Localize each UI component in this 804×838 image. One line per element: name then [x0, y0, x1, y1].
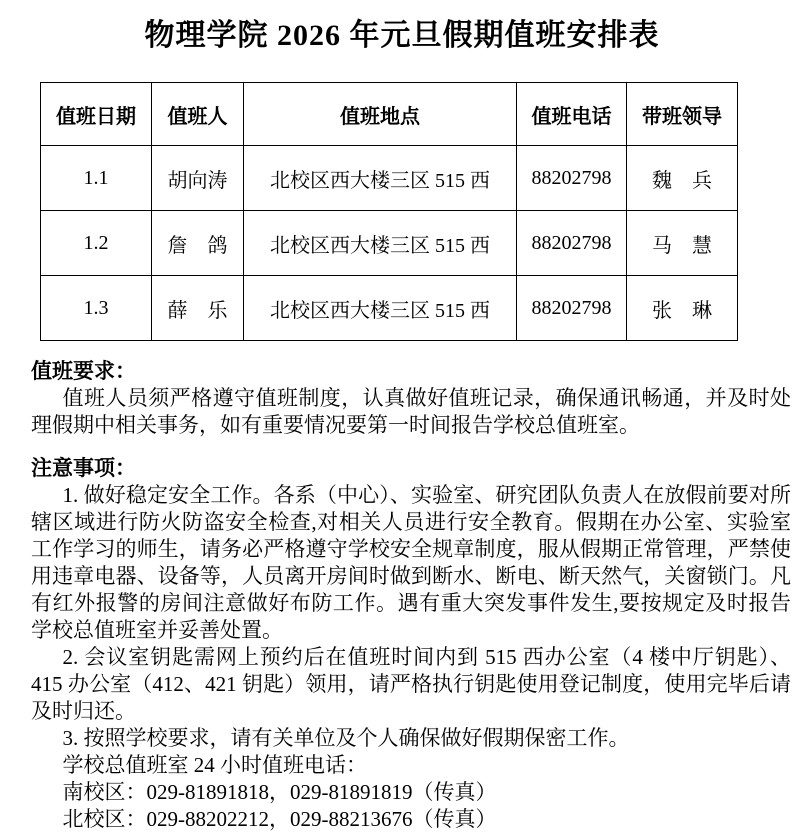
duty-schedule-table: 值班日期 值班人 值班地点 值班电话 带班领导 1.1 胡向涛 北校区西大楼三区… [40, 82, 738, 341]
header-duty-leader: 带班领导 [627, 83, 738, 146]
cell-duty-leader: 张 琳 [627, 276, 738, 341]
note-item-1: 1. 做好稳定安全工作。各系（中心）、实验室、研究团队负责人在放假前要对所辖区域… [31, 482, 791, 644]
table-row: 1.2 詹 鸽 北校区西大楼三区 515 西 88202798 马 慧 [41, 211, 738, 276]
cell-duty-phone: 88202798 [517, 146, 627, 211]
cell-duty-leader: 马 慧 [627, 211, 738, 276]
requirements-paragraph: 值班人员须严格遵守值班制度，认真做好值班记录，确保通讯畅通，并及时处理假期中相关… [31, 385, 791, 439]
cell-duty-date: 1.2 [41, 211, 152, 276]
header-duty-person: 值班人 [152, 83, 244, 146]
document-page: 物理学院 2026 年元旦假期值班安排表 值班日期 值班人 值班地点 值班电话 … [0, 0, 804, 838]
cell-duty-date: 1.3 [41, 276, 152, 341]
hotline-north-campus: 北校区：029-88202212，029-88213676（传真） [31, 806, 791, 833]
document-title: 物理学院 2026 年元旦假期值班安排表 [0, 0, 804, 56]
cell-duty-leader: 魏 兵 [627, 146, 738, 211]
requirements-section: 值班要求： 值班人员须严格遵守值班制度，认真做好值班记录，确保通讯畅通，并及时处… [31, 358, 791, 439]
hotline-south-campus: 南校区：029-81891818，029-81891819（传真） [31, 779, 791, 806]
notes-section: 注意事项： 1. 做好稳定安全工作。各系（中心）、实验室、研究团队负责人在放假前… [31, 455, 791, 833]
requirements-heading: 值班要求： [31, 358, 791, 385]
header-duty-phone: 值班电话 [517, 83, 627, 146]
header-duty-date: 值班日期 [41, 83, 152, 146]
cell-duty-person: 薛 乐 [152, 276, 244, 341]
note-item-3: 3. 按照学校要求，请有关单位及个人确保做好假期保密工作。 [31, 725, 791, 752]
cell-duty-phone: 88202798 [517, 276, 627, 341]
cell-duty-person: 詹 鸽 [152, 211, 244, 276]
note-item-2: 2. 会议室钥匙需网上预约后在值班时间内到 515 西办公室（4 楼中厅钥匙）、… [31, 644, 791, 725]
cell-duty-location: 北校区西大楼三区 515 西 [244, 146, 517, 211]
cell-duty-phone: 88202798 [517, 211, 627, 276]
header-duty-location: 值班地点 [244, 83, 517, 146]
cell-duty-location: 北校区西大楼三区 515 西 [244, 211, 517, 276]
table-row: 1.1 胡向涛 北校区西大楼三区 515 西 88202798 魏 兵 [41, 146, 738, 211]
table-header-row: 值班日期 值班人 值班地点 值班电话 带班领导 [41, 83, 738, 146]
cell-duty-location: 北校区西大楼三区 515 西 [244, 276, 517, 341]
cell-duty-date: 1.1 [41, 146, 152, 211]
hotline-label: 学校总值班室 24 小时值班电话： [31, 752, 791, 779]
cell-duty-person: 胡向涛 [152, 146, 244, 211]
notes-heading: 注意事项： [31, 455, 791, 482]
table-row: 1.3 薛 乐 北校区西大楼三区 515 西 88202798 张 琳 [41, 276, 738, 341]
